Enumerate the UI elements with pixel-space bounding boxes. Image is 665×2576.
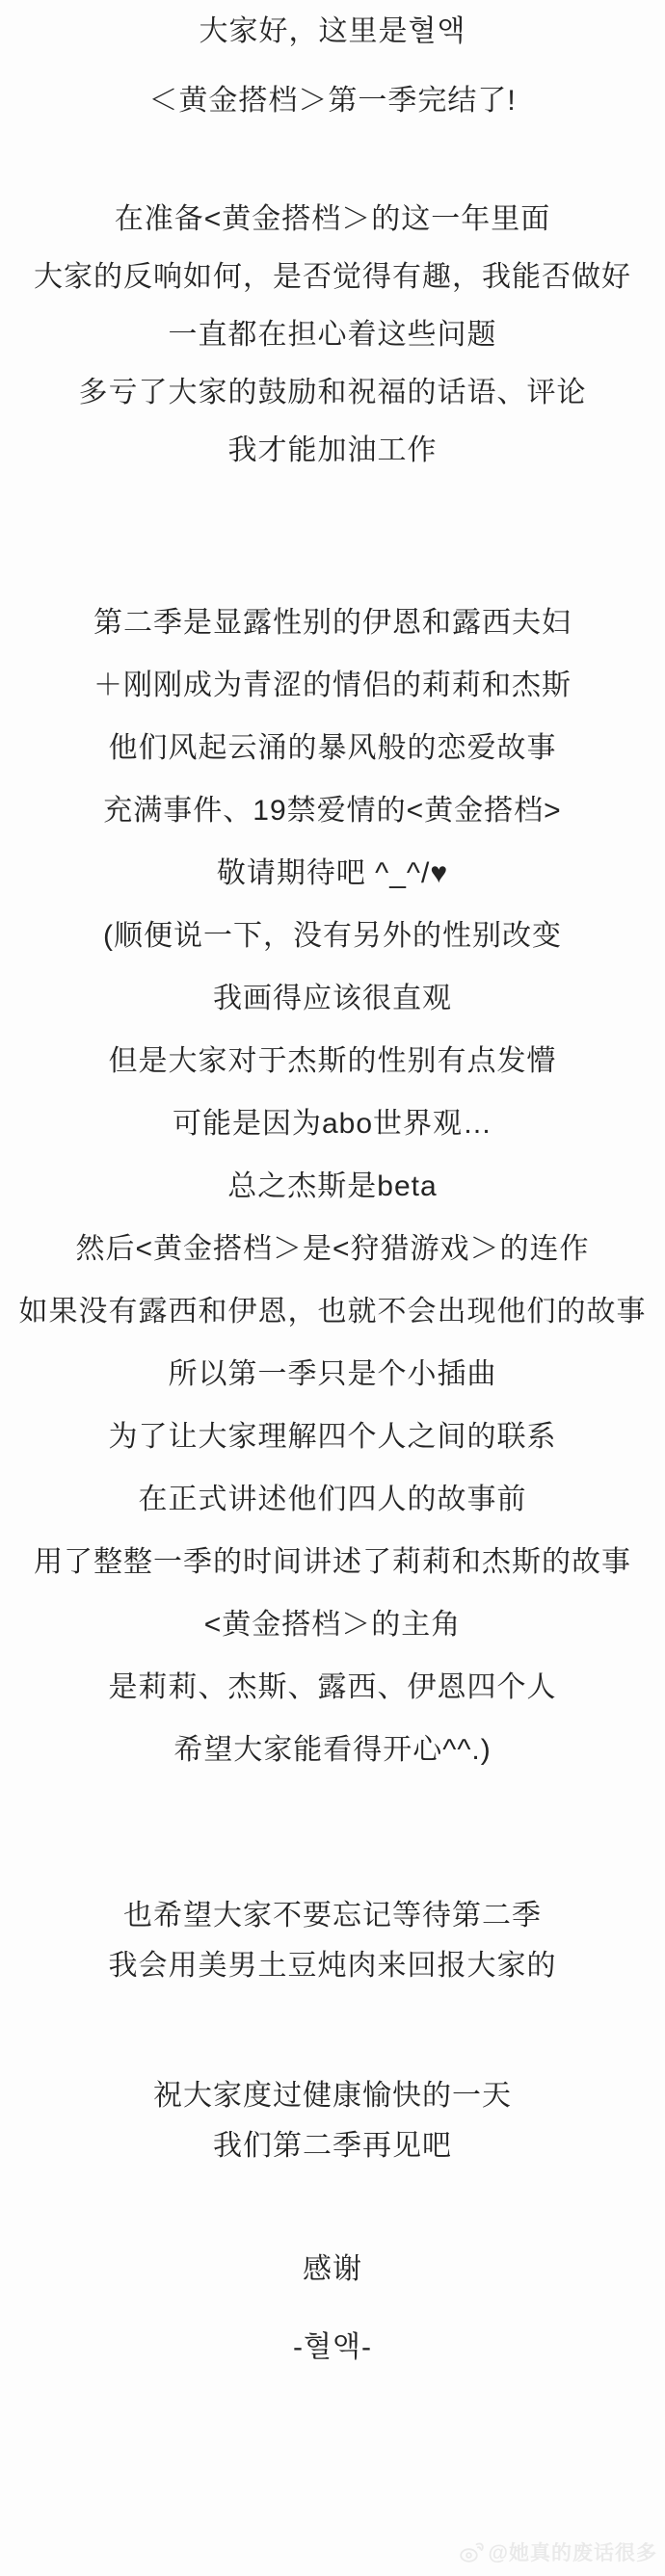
letter-body: 大家好，这里是혈액＜黄金搭档＞第一季完结了!在准备<黄金搭档＞的这一年里面大家的…: [0, 3, 665, 2377]
text-line: 希望大家能看得开心^^.): [0, 1719, 665, 1781]
text-line: 他们风起云涌的暴风般的恋爱故事: [0, 717, 665, 779]
text-line: 在准备<黄金搭档＞的这一年里面: [0, 191, 665, 249]
paragraph-season2-wait: 也希望大家不要忘记等待第二季我会用美男土豆炖肉来回报大家的: [0, 1891, 665, 1991]
paragraph-farewell: 祝大家度过健康愉快的一天我们第二季再见吧: [0, 2071, 665, 2171]
text-line: 第二季是显露性别的伊恩和露西夫妇: [0, 591, 665, 654]
text-line: 我会用美男土豆炖肉来回报大家的: [0, 1941, 665, 1991]
text-line: ＋刚刚成为青涩的情侣的莉莉和杰斯: [0, 654, 665, 717]
text-line: 敬请期待吧 ^_^/♥: [0, 842, 665, 905]
paragraph-season2-details: 第二季是显露性别的伊恩和露西夫妇＋刚刚成为青涩的情侣的莉莉和杰斯他们风起云涌的暴…: [0, 591, 665, 1781]
paragraph-thanks: 感谢: [0, 2241, 665, 2299]
paragraph-thanks-intro: 在准备<黄金搭档＞的这一年里面大家的反响如何，是否觉得有趣，我能否做好一直都在担…: [0, 191, 665, 480]
letter-page: 大家好，这里是혈액＜黄金搭档＞第一季完结了!在准备<黄金搭档＞的这一年里面大家的…: [0, 0, 665, 2576]
text-line: 为了让大家理解四个人之间的联系: [0, 1406, 665, 1468]
text-line: 但是大家对于杰斯的性别有点发懵: [0, 1030, 665, 1092]
paragraph-greeting: 大家好，这里是혈액: [0, 3, 665, 61]
text-line: 多亏了大家的鼓励和祝福的话语、评论: [0, 364, 665, 422]
paragraph-signature: -혈액-: [0, 2319, 665, 2377]
text-line: ＜黄金搭档＞第一季完结了!: [0, 72, 665, 130]
text-line: 我才能加油工作: [0, 422, 665, 480]
paragraph-announcement: ＜黄金搭档＞第一季完结了!: [0, 72, 665, 130]
text-line: 如果没有露西和伊恩，也就不会出现他们的故事: [0, 1280, 665, 1343]
text-line: 用了整整一季的时间讲述了莉莉和杰斯的故事: [0, 1531, 665, 1593]
text-line: 所以第一季只是个小插曲: [0, 1343, 665, 1406]
text-line: 在正式讲述他们四人的故事前: [0, 1468, 665, 1531]
text-line: 可能是因为abo世界观…: [0, 1092, 665, 1155]
text-line: 大家的反响如何，是否觉得有趣，我能否做好: [0, 249, 665, 306]
text-line: 我画得应该很直观: [0, 967, 665, 1030]
text-line: 充满事件、19禁爱情的<黄金搭档>: [0, 779, 665, 842]
text-line: 大家好，这里是혈액: [0, 3, 665, 61]
weibo-icon: [459, 2541, 485, 2563]
text-line: -혈액-: [0, 2319, 665, 2377]
watermark-text: @她真的废话很多: [489, 2537, 657, 2566]
text-line: 感谢: [0, 2241, 665, 2299]
text-line: (顺便说一下，没有另外的性别改变: [0, 905, 665, 967]
text-line: 是莉莉、杰斯、露西、伊恩四个人: [0, 1656, 665, 1719]
text-line: 然后<黄金搭档＞是<狩猎游戏＞的连作: [0, 1218, 665, 1280]
text-line: 一直都在担心着这些问题: [0, 306, 665, 364]
text-line: 也希望大家不要忘记等待第二季: [0, 1891, 665, 1941]
text-line: 我们第二季再见吧: [0, 2121, 665, 2171]
text-line: <黄金搭档＞的主角: [0, 1593, 665, 1656]
watermark: @她真的废话很多: [459, 2537, 657, 2566]
text-line: 祝大家度过健康愉快的一天: [0, 2071, 665, 2121]
text-line: 总之杰斯是beta: [0, 1155, 665, 1218]
